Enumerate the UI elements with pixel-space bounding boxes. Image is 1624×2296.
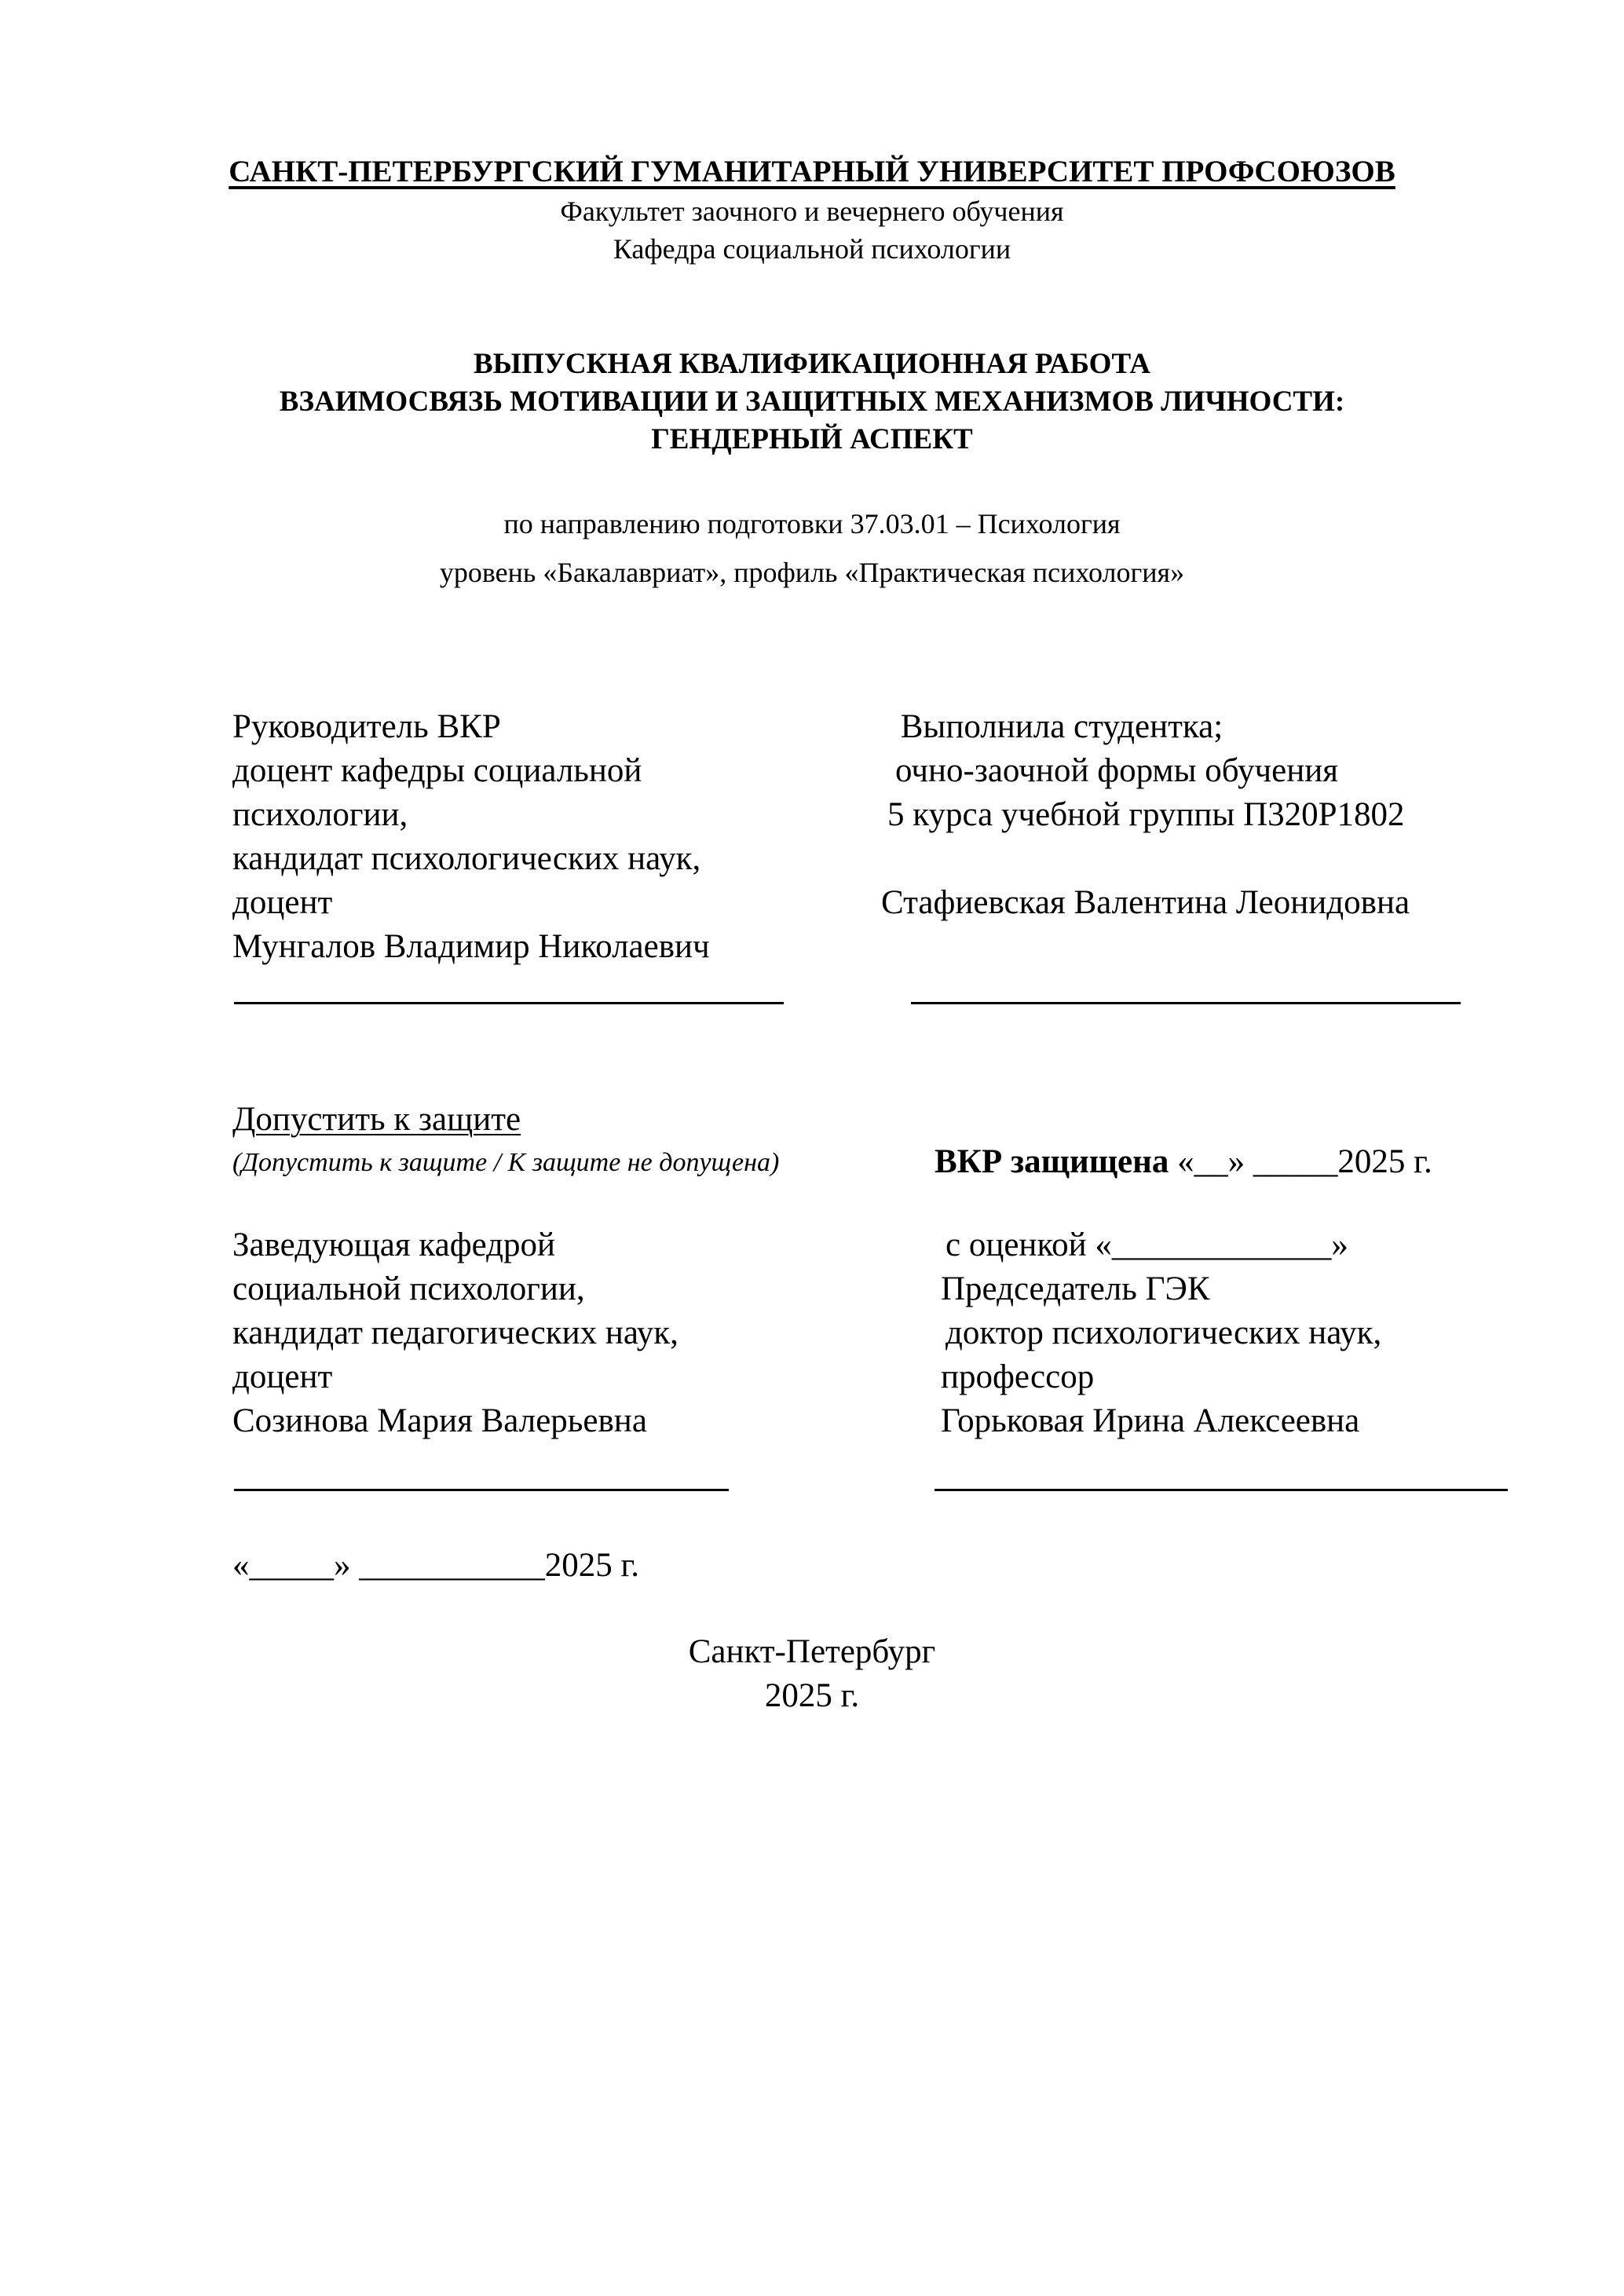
student-spacer: [881, 837, 1410, 881]
student-line: Выполнила студентка;: [892, 705, 1410, 749]
head-line: социальной психологии,: [232, 1267, 678, 1311]
study-level-profile: уровень «Бакалавриат», профиль «Практиче…: [0, 548, 1624, 597]
supervisor-line: кандидат психологических наук,: [232, 837, 710, 881]
student-line: 5 курса учебной группы П320Р1802: [887, 793, 1410, 837]
approval-date: «_____» ___________2025 г.: [232, 1544, 639, 1588]
supervisor-line: доцент кафедры социальной: [232, 749, 710, 793]
head-name: Созинова Мария Валерьевна: [232, 1399, 678, 1443]
commission-block: с оценкой «_____________» Председатель Г…: [941, 1223, 1381, 1443]
head-line: доцент: [232, 1355, 678, 1399]
supervisor-line: Руководитель ВКР: [232, 705, 710, 749]
grade-line: с оценкой «_____________»: [946, 1223, 1381, 1267]
university-name: САНКТ-ПЕТЕРБУРГСКИЙ ГУМАНИТАРНЫЙ УНИВЕРС…: [0, 154, 1624, 189]
defended-date: «__» _____2025 г.: [1169, 1143, 1432, 1180]
department-name: Кафедра социальной психологии: [0, 230, 1624, 268]
head-line: кандидат педагогических наук,: [232, 1311, 678, 1355]
commission-line: доктор психологических наук,: [946, 1311, 1381, 1355]
work-type: ВЫПУСКНАЯ КВАЛИФИКАЦИОННАЯ РАБОТА: [0, 345, 1624, 383]
admission-hint: (Допустить к защите / К защите не допуще…: [232, 1148, 779, 1178]
student-signature-line: [911, 1002, 1461, 1004]
supervisor-name: Мунгалов Владимир Николаевич: [232, 925, 710, 969]
year: 2025 г.: [0, 1674, 1624, 1718]
work-title-line-1: ВЗАИМОСВЯЗЬ МОТИВАЦИИ И ЗАЩИТНЫХ МЕХАНИЗ…: [0, 383, 1624, 421]
admission-label: Допустить к защите: [232, 1098, 521, 1142]
work-title-line-2: ГЕНДЕРНЫЙ АСПЕКТ: [0, 421, 1624, 459]
student-line: очно-заочной формы обучения: [895, 749, 1410, 793]
student-name: Стафиевская Валентина Леонидовна: [881, 881, 1410, 925]
supervisor-line: доцент: [232, 881, 710, 925]
supervisor-line: психологии,: [232, 793, 710, 837]
supervisor-block: Руководитель ВКР доцент кафедры социальн…: [232, 705, 710, 969]
head-of-department-block: Заведующая кафедрой социальной психологи…: [232, 1223, 678, 1443]
defended-label: ВКР защищена: [935, 1143, 1169, 1180]
faculty-name: Факультет заочного и вечернего обучения: [0, 192, 1624, 230]
study-direction: по направлению подготовки 37.03.01 – Пси…: [0, 499, 1624, 548]
city: Санкт-Петербург: [0, 1630, 1624, 1674]
student-block: Выполнила студентка; очно-заочной формы …: [881, 705, 1410, 925]
supervisor-signature-line: [234, 1002, 784, 1004]
defended-block: ВКР защищена «__» _____2025 г.: [935, 1140, 1432, 1184]
head-line: Заведующая кафедрой: [232, 1223, 678, 1267]
chair-signature-line: [935, 1489, 1508, 1491]
commission-line: Председатель ГЭК: [941, 1267, 1381, 1311]
chair-name: Горьковая Ирина Алексеевна: [941, 1399, 1381, 1443]
head-signature-line: [234, 1489, 729, 1491]
commission-line: профессор: [941, 1355, 1381, 1399]
